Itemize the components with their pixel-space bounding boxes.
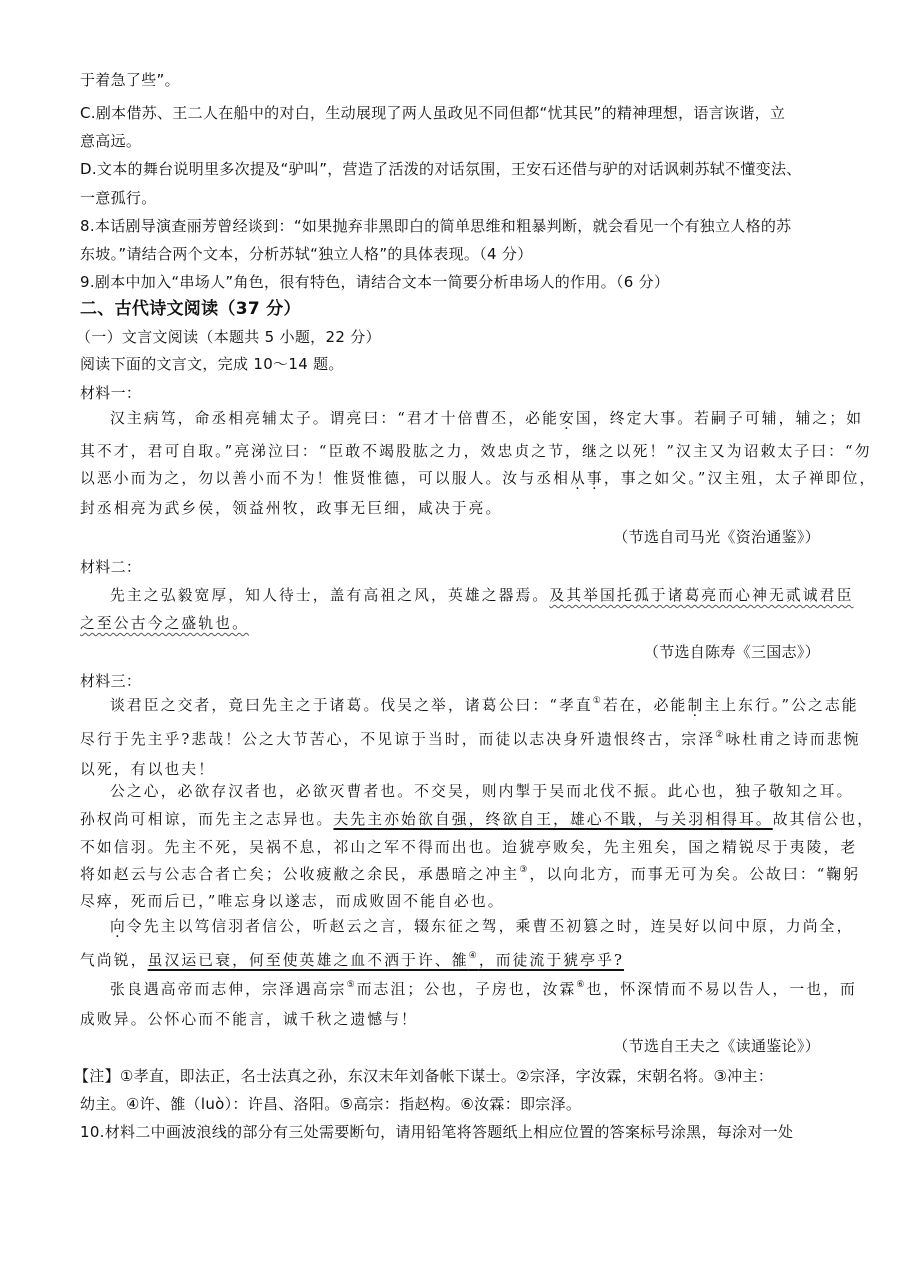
material-3-p2-line3: 不如信羽。先主不死，吴祸不息，祁山之军不得而出也。迨猇亭败矣，先主殂矣，国之精锐… <box>80 838 857 858</box>
option-c-line2: 意高远。 <box>80 131 141 151</box>
option-d-line2: 一意孤行。 <box>80 188 157 208</box>
emphasis-char: 安 <box>559 410 576 427</box>
material-3-source: （节选自王夫之《读通鉴论》） <box>613 1036 820 1056</box>
text-span: 国，终定大事。若嗣子可辅，辅之；如 <box>576 410 863 427</box>
emphasis-char: 事 <box>587 470 604 487</box>
material-3-p4-line1: 张良遇高帝而志伸，宗泽遇高宗⑤而志沮；公也，子房也，汝霖⑥也，怀深情而不易以告人… <box>80 980 857 1000</box>
material-3-p1-line3: 以死，有以也夫！ <box>80 760 215 780</box>
footnote-marker: ① <box>593 696 603 706</box>
material-1-line3: 以恶小而为之，勿以善小而不为！惟贤惟德，可以服人。汝与丞相从事，事之如父。”汉主… <box>80 469 876 489</box>
section-title: 二、古代诗文阅读（37 分） <box>80 299 301 319</box>
question-9: 9.剧本中加入“串场人”角色，很有特色，请结合文本一简要分析串场人的作用。（6 … <box>80 272 669 292</box>
text-span: 虽汉运已衰，何至使英雄之血不洒于许、雒 <box>148 952 469 969</box>
material-2-label: 材料二： <box>80 557 141 577</box>
material-3-p1-line1: 谈君臣之交者，竟曰先主之于诸葛。伐吴之举，诸葛公曰：“孝直①若在，必能制主上东行… <box>80 696 859 716</box>
text-span: 也，怀深情而不易以告人，一也，而 <box>587 981 857 998</box>
option-d-line1: D.文本的舞台说明里多次提及“驴叫”，营造了活泼的对话氛围，王安石还借与驴的对话… <box>80 159 802 179</box>
section-instruction: 阅读下面的文言文，完成 10～14 题。 <box>80 354 344 374</box>
emphasis-char: 从 <box>570 470 587 487</box>
emphasis-char: 向 <box>110 918 127 935</box>
text-span: 气尚锐， <box>80 952 148 969</box>
text-span: 先主之弘毅宽厚，知人待士，盖有高祖之风，英雄之器焉。 <box>110 587 549 604</box>
text-span: 张良遇高帝而志伸，宗泽遇高宗 <box>110 981 347 998</box>
material-1-label: 材料一： <box>80 383 141 403</box>
text-span: 故其信公也， <box>773 811 874 828</box>
material-3-p3-line2: 气尚锐，虽汉运已衰，何至使英雄之血不洒于许、雒④，而徒流于猇亭乎? <box>80 951 624 971</box>
text-span: 而志沮；公也，子房也，汝霖 <box>357 981 577 998</box>
material-3-p4-line2: 成败异。公怀心而不能言，诚千秋之遗憾与！ <box>80 1010 418 1030</box>
text-span: 若在，必能 <box>603 697 688 714</box>
text-span: 主上东行。”公之志能 <box>704 697 858 714</box>
material-1-source: （节选自司马光《资治通鉴》） <box>613 527 820 547</box>
material-1-line4: 封丞相亮为武乡侯，领益州牧，政事无巨细，咸决于亮。 <box>80 499 502 519</box>
text-span: 以恶小而为之，勿以善小而不为！惟贤惟德，可以服人。汝与丞相 <box>80 470 570 487</box>
material-3-label: 材料三： <box>80 671 141 691</box>
underlined-text: 虽汉运已衰，何至使英雄之血不洒于许、雒④ <box>148 952 479 969</box>
material-2-source: （节选自陈寿《三国志》） <box>644 642 820 662</box>
wavy-underlined-text: 之至公古今之盛轨也。 <box>80 615 249 632</box>
material-1-line1: 汉主病笃，命丞相亮辅太子。谓亮曰：“君才十倍曹丕，必能安国，终定大事。若嗣子可辅… <box>80 409 863 429</box>
material-3-p1-line2: 尽行于先主乎?悲哉！公之大节苦心，不见谅于当时，而徒以志决身歼遗恨终古，宗泽②咏… <box>80 730 861 750</box>
text-span: 尽行于先主乎?悲哉！公之大节苦心，不见谅于当时，而徒以志决身歼遗恨终古，宗泽 <box>80 731 715 748</box>
text-span: 令先主以笃信羽者信公，听赵云之言，辍东征之驾，乘曹丕初篡之时，连吴好以问中原，力… <box>127 918 854 935</box>
material-2-line1: 先主之弘毅宽厚，知人待士，盖有高祖之风，英雄之器焉。及其举国托孤于诸葛亮而心神无… <box>80 586 853 606</box>
material-3-p3-line1: 向令先主以笃信羽者信公，听赵云之言，辍东征之驾，乘曹丕初篡之时，连吴好以问中原，… <box>80 917 853 937</box>
question-8-line1: 8.本话剧导演查丽芳曾经谈到：“如果抛弃非黑即白的简单思维和粗暴判断，就会看见一… <box>80 216 792 236</box>
material-3-p2-line5: 尽瘁，死而后已，”唯忘身以遂志，而成败固不能自必也。 <box>80 892 505 912</box>
emphasis-char: 制 <box>687 697 704 714</box>
question-10: 10.材料二中画波浪线的部分有三处需要断句，请用铅笔将答题纸上相应位置的答案标号… <box>80 1122 793 1142</box>
material-3-p2-line4: 将如赵云与公志合者亡矣；公收疲敝之余民，承愚暗之冲主③，以向北方，而事无可为矣。… <box>80 865 860 885</box>
footnote-marker: ④ <box>469 951 479 961</box>
footnote-marker: ⑥ <box>576 980 586 990</box>
material-3-p2-line1: 公之心，必欲存汉者也，必欲灭曹者也。不交吴，则内掣于吴而北伐不振。此心也，独子敬… <box>80 782 853 802</box>
text-span: 咏杜甫之诗而悲惋 <box>725 731 860 748</box>
text-span: 汉主病笃，命丞相亮辅太子。谓亮曰：“君才十倍曹丕，必能 <box>110 410 559 427</box>
material-2-line2: 之至公古今之盛轨也。 <box>80 614 249 634</box>
underlined-text: ，而徒流于猇亭乎? <box>479 952 624 969</box>
option-b-tail: 于着急了些”。 <box>80 70 180 90</box>
subsection-title: （一）文言文阅读（本题共 5 小题，22 分） <box>76 327 381 347</box>
notes-line1: 【注】①孝直，即法正，名士法真之孙，东汉末年刘备帐下谋士。②宗泽，字汝霖，宋朝名… <box>74 1066 773 1086</box>
material-1-line2: 其不才，君可自取。”亮涕泣曰：“臣敢不竭股肱之力，效忠贞之节，继之以死！”汉主又… <box>80 442 872 462</box>
wavy-underlined-text: 及其举国托孤于诸葛亮而心神无贰诚君臣 <box>549 587 853 604</box>
underlined-text: 夫先主亦始欲自强，终欲自王，雄心不戢，与关羽相得耳。 <box>333 811 772 828</box>
footnote-marker: ③ <box>519 865 529 875</box>
material-3-p2-line2: 孙权尚可相谅，而先主之志异也。夫先主亦始欲自强，终欲自王，雄心不戢，与关羽相得耳… <box>80 810 874 830</box>
footnote-marker: ⑤ <box>347 980 357 990</box>
question-8-line2: 东坡。”请结合两个文本，分析苏轼“独立人格”的具体表现。（4 分） <box>80 244 533 264</box>
footnote-marker: ② <box>715 730 725 740</box>
text-span: ，事之如父。”汉主殂，太子禅即位， <box>604 470 877 487</box>
text-span: ，以向北方，而事无可为矣。公故曰：“鞠躬 <box>530 866 861 883</box>
text-span: 将如赵云与公志合者亡矣；公收疲敝之余民，承愚暗之冲主 <box>80 866 519 883</box>
text-span: 谈君臣之交者，竟曰先主之于诸葛。伐吴之举，诸葛公曰：“孝直 <box>110 697 593 714</box>
text-span: 孙权尚可相谅，而先主之志异也。 <box>80 811 333 828</box>
notes-line2: 幼主。④许、雒（luò）：许昌、洛阳。⑤高宗：指赵构。⑥汝霖：即宗泽。 <box>80 1094 581 1114</box>
option-c-line1: C.剧本借苏、王二人在船中的对白，生动展现了两人虽政见不同但都“忧其民”的精神理… <box>80 103 785 123</box>
